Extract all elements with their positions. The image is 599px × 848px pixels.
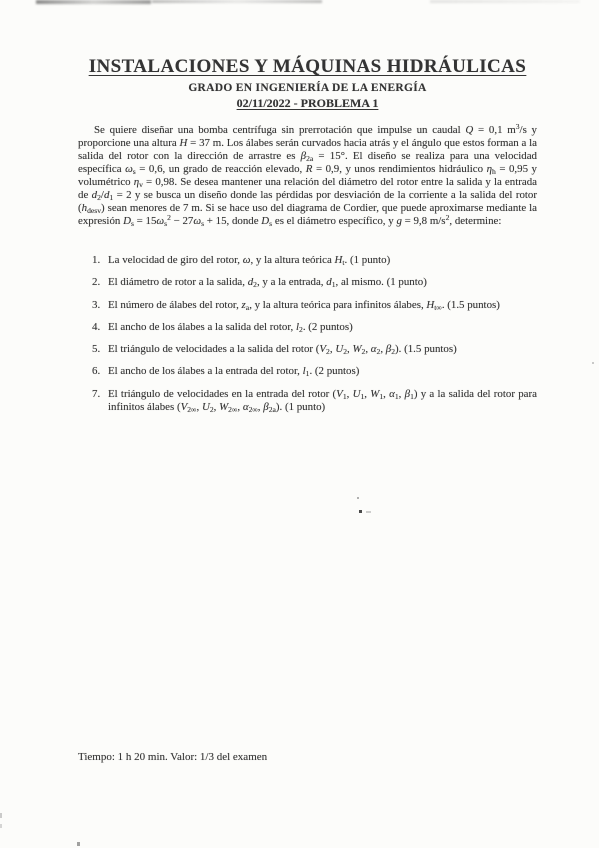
list-item-3: 3. El número de álabes del rotor, za, y … <box>78 299 537 312</box>
document-body: INSTALACIONES Y MÁQUINAS HIDRÁULICAS GRA… <box>78 56 537 423</box>
list-item-6: 6. El ancho de los álabes a la entrada d… <box>78 365 537 378</box>
item-text: El ancho de los álabes a la entrada del … <box>108 365 359 377</box>
item-number: 5. <box>92 343 100 356</box>
problem-statement: Se quiere diseñar una bomba centrífuga s… <box>78 124 537 228</box>
item-number: 7. <box>92 388 100 401</box>
document-title: INSTALACIONES Y MÁQUINAS HIDRÁULICAS <box>78 56 537 78</box>
scan-smudge-top-left <box>36 0 151 4</box>
date-problem-line: 02/11/2022 - PROBLEMA 1 <box>78 96 537 110</box>
list-item-5: 5. El triángulo de velocidades a la sali… <box>78 343 537 356</box>
scan-speck <box>359 510 362 513</box>
scan-edge-mark <box>77 842 80 846</box>
scan-speck <box>592 362 594 364</box>
item-text: El triángulo de velocidades en la entrad… <box>108 388 537 413</box>
scan-smudge-top-mid <box>152 0 322 3</box>
item-text: La velocidad de giro del rotor, ω, y la … <box>108 254 390 266</box>
list-item-1: 1. La velocidad de giro del rotor, ω, y … <box>78 254 537 267</box>
item-text: El ancho de los álabes a la salida del r… <box>108 321 353 333</box>
item-number: 6. <box>92 365 100 378</box>
item-text: El diámetro de rotor a la salida, d2, y … <box>108 276 427 288</box>
question-list: 1. La velocidad de giro del rotor, ω, y … <box>78 254 537 414</box>
item-number: 3. <box>92 299 100 312</box>
item-text: El número de álabes del rotor, za, y la … <box>108 299 500 311</box>
item-number: 2. <box>92 276 100 289</box>
list-item-2: 2. El diámetro de rotor a la salida, d2,… <box>78 276 537 289</box>
exam-footer: Tiempo: 1 h 20 min. Valor: 1/3 del exame… <box>78 751 267 764</box>
scan-smudge-top-right <box>430 0 580 3</box>
scan-edge-mark <box>0 813 2 818</box>
scan-speck <box>357 497 359 499</box>
item-number: 1. <box>92 254 100 267</box>
scan-speck <box>366 511 371 513</box>
list-item-7: 7. El triángulo de velocidades en la ent… <box>78 388 537 414</box>
scan-edge-mark <box>0 824 2 828</box>
list-item-4: 4. El ancho de los álabes a la salida de… <box>78 321 537 334</box>
document-subtitle: GRADO EN INGENIERÍA DE LA ENERGÍA <box>78 81 537 95</box>
item-number: 4. <box>92 321 100 334</box>
item-text: El triángulo de velocidades a la salida … <box>108 343 457 355</box>
scanned-exam-page: INSTALACIONES Y MÁQUINAS HIDRÁULICAS GRA… <box>0 0 599 848</box>
